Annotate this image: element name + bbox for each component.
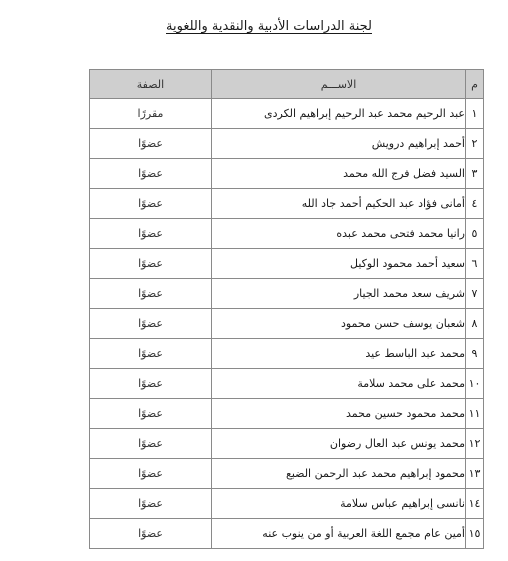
member-role: عضوًا — [90, 219, 212, 249]
document-title: لجنة الدراسات الأدبية والنقدية واللغوية — [0, 17, 508, 37]
row-number: ٤ — [466, 189, 484, 219]
member-name: محمد يونس عبد العال رضوان — [212, 429, 466, 459]
member-name: شعبان يوسف حسن محمود — [212, 309, 466, 339]
member-name: محمد عبد الباسط عيد — [212, 339, 466, 369]
committee-title: لجنة الدراسات الأدبية والنقدية واللغوية — [136, 19, 372, 34]
table-row: ١ عبد الرحيم محمد عبد الرحيم إبراهيم الك… — [90, 99, 484, 129]
row-number: ٦ — [466, 249, 484, 279]
member-name: أمين عام مجمع اللغة العربية أو من ينوب ع… — [212, 519, 466, 549]
row-number: ٣ — [466, 159, 484, 189]
member-role: عضوًا — [90, 249, 212, 279]
table-row: ٩ محمد عبد الباسط عيد عضوًا — [90, 339, 484, 369]
member-name: محمود إبراهيم محمد عبد الرحمن الضبع — [212, 459, 466, 489]
table-row: ٦ سعيد أحمد محمود الوكيل عضوًا — [90, 249, 484, 279]
table-row: ١٠ محمد على محمد سلامة عضوًا — [90, 369, 484, 399]
table-row: ٣ السيد فضل فرج الله محمد عضوًا — [90, 159, 484, 189]
member-role: عضوًا — [90, 309, 212, 339]
table-header-row: م الاســـم الصفة — [90, 70, 484, 99]
row-number: ١٤ — [466, 489, 484, 519]
row-number: ٥ — [466, 219, 484, 249]
table-row: ٤ أمانى فؤاد عبد الحكيم أحمد جاد الله عض… — [90, 189, 484, 219]
member-role: عضوًا — [90, 129, 212, 159]
member-role: عضوًا — [90, 429, 212, 459]
header-number: م — [466, 70, 484, 99]
member-name: سعيد أحمد محمود الوكيل — [212, 249, 466, 279]
member-role: عضوًا — [90, 159, 212, 189]
row-number: ١٠ — [466, 369, 484, 399]
member-role: عضوًا — [90, 519, 212, 549]
member-role: عضوًا — [90, 369, 212, 399]
member-name: شريف سعد محمد الجيار — [212, 279, 466, 309]
table-row: ١٢ محمد يونس عبد العال رضوان عضوًا — [90, 429, 484, 459]
table-row: ٧ شريف سعد محمد الجيار عضوًا — [90, 279, 484, 309]
header-name: الاســـم — [212, 70, 466, 99]
table-row: ٥ رانيا محمد فتحى محمد عبده عضوًا — [90, 219, 484, 249]
member-name: رانيا محمد فتحى محمد عبده — [212, 219, 466, 249]
member-name: نانسى إبراهيم عباس سلامة — [212, 489, 466, 519]
row-number: ٩ — [466, 339, 484, 369]
row-number: ١٣ — [466, 459, 484, 489]
table-row: ١١ محمد محمود حسين محمد عضوًا — [90, 399, 484, 429]
row-number: ٧ — [466, 279, 484, 309]
row-number: ١٥ — [466, 519, 484, 549]
member-role: عضوًا — [90, 189, 212, 219]
member-name: أحمد إبراهيم درويش — [212, 129, 466, 159]
row-number: ٨ — [466, 309, 484, 339]
member-role: عضوًا — [90, 279, 212, 309]
member-role: عضوًا — [90, 399, 212, 429]
member-name: محمد محمود حسين محمد — [212, 399, 466, 429]
row-number: ١٢ — [466, 429, 484, 459]
table-row: ٢ أحمد إبراهيم درويش عضوًا — [90, 129, 484, 159]
member-role: عضوًا — [90, 339, 212, 369]
table-row: ١٣ محمود إبراهيم محمد عبد الرحمن الضبع ع… — [90, 459, 484, 489]
member-name: أمانى فؤاد عبد الحكيم أحمد جاد الله — [212, 189, 466, 219]
member-role: مقررًا — [90, 99, 212, 129]
member-name: عبد الرحيم محمد عبد الرحيم إبراهيم الكرد… — [212, 99, 466, 129]
member-role: عضوًا — [90, 489, 212, 519]
table-row: ٨ شعبان يوسف حسن محمود عضوًا — [90, 309, 484, 339]
header-role: الصفة — [90, 70, 212, 99]
committee-members-table: م الاســـم الصفة ١ عبد الرحيم محمد عبد ا… — [89, 69, 484, 549]
row-number: ٢ — [466, 129, 484, 159]
member-role: عضوًا — [90, 459, 212, 489]
row-number: ١١ — [466, 399, 484, 429]
row-number: ١ — [466, 99, 484, 129]
member-name: السيد فضل فرج الله محمد — [212, 159, 466, 189]
table-row: ١٤ نانسى إبراهيم عباس سلامة عضوًا — [90, 489, 484, 519]
member-name: محمد على محمد سلامة — [212, 369, 466, 399]
table-row: ١٥ أمين عام مجمع اللغة العربية أو من ينو… — [90, 519, 484, 549]
